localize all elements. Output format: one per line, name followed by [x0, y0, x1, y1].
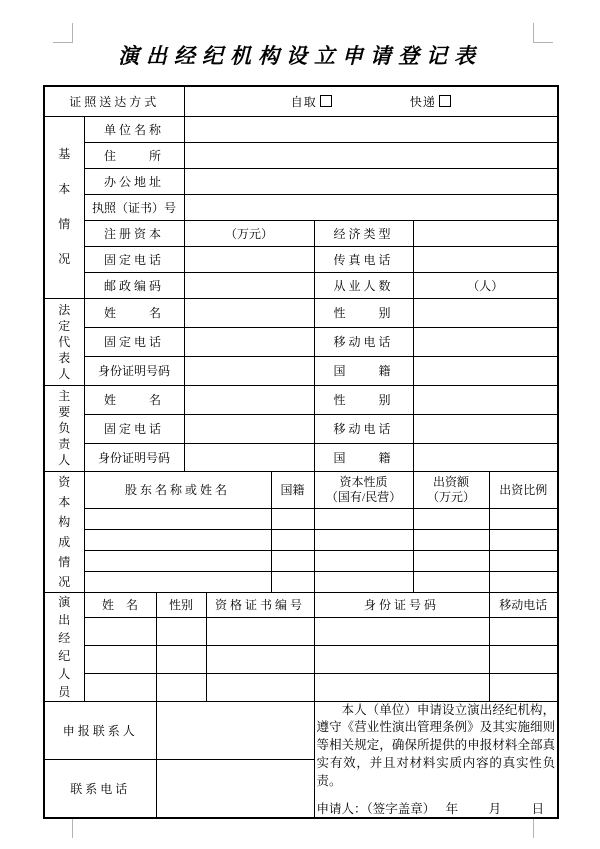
delivery-method-label: 证照送达方式 [44, 86, 184, 116]
principal-gender-label: 性 别 [314, 385, 413, 414]
declaration-text: 本人（单位）申请设立演出经纪机构，遵守《营业性演出管理条例》及其实施细则等相关规… [317, 702, 556, 791]
principal-landline-input-cell[interactable] [184, 414, 314, 443]
contact-phone-input-cell[interactable] [156, 760, 314, 819]
capital-nationality-input-cell[interactable] [271, 550, 314, 571]
applicant-signature-label: 申请人：（签字盖章） [317, 799, 436, 817]
capital-nature-header: 资本性质 （国有/民营） [314, 471, 413, 508]
form-page: 演出经纪机构设立申请登记表 证照送达方式 自取 快递 [0, 0, 600, 849]
license-no-label: 执照（证书）号 [84, 194, 184, 220]
contact-phone-label: 联系电话 [44, 760, 156, 819]
residence-input-cell[interactable] [184, 142, 558, 168]
agent-id-input-cell[interactable] [314, 618, 489, 646]
postal-code-input-cell[interactable] [184, 272, 314, 298]
legal-rep-nationality-input-cell[interactable] [413, 356, 558, 385]
employees-unit: （人） [467, 279, 503, 293]
office-address-input-cell[interactable] [184, 168, 558, 194]
capital-vertical-label: 资本构成情况 [57, 472, 71, 592]
contact-person-label: 申报联系人 [44, 701, 156, 760]
capital-ratio-header: 出资比例 [489, 471, 558, 508]
capital-nationality-input-cell[interactable] [271, 529, 314, 550]
self-pickup-option[interactable]: 自取 [291, 93, 332, 110]
landline-input-cell[interactable] [184, 246, 314, 272]
principal-mobile-label: 移动电话 [314, 414, 413, 443]
legal-rep-mobile-input-cell[interactable] [413, 327, 558, 356]
section-capital-structure: 资本构成情况 [44, 471, 84, 592]
agent-mobile-input-cell[interactable] [489, 645, 558, 673]
express-option[interactable]: 快递 [410, 93, 451, 110]
shareholder-input-cell[interactable] [84, 529, 271, 550]
agent-mobile-input-cell[interactable] [489, 618, 558, 646]
capital-ratio-input-cell[interactable] [489, 508, 558, 529]
landline-label: 固定电话 [84, 246, 184, 272]
unit-name-label: 单位名称 [84, 116, 184, 142]
shareholder-header: 股东名称或姓名 [84, 471, 271, 508]
capital-amount-input-cell[interactable] [413, 550, 489, 571]
capital-nature-input-cell[interactable] [314, 508, 413, 529]
principal-gender-input-cell[interactable] [413, 385, 558, 414]
declaration-cell: 本人（单位）申请设立演出经纪机构，遵守《营业性演出管理条例》及其实施细则等相关规… [314, 701, 558, 818]
express-label: 快递 [410, 93, 436, 110]
registration-form-table: 证照送达方式 自取 快递 基本情况 单位名称 [43, 85, 559, 819]
principal-nationality-label: 国 籍 [314, 443, 413, 471]
agent-gender-header: 性别 [156, 592, 206, 618]
principal-landline-label: 固定电话 [84, 414, 184, 443]
registered-capital-label: 注册资本 [84, 220, 184, 246]
legal-rep-landline-input-cell[interactable] [184, 327, 314, 356]
license-no-input-cell[interactable] [184, 194, 558, 220]
capital-nationality-input-cell[interactable] [271, 571, 314, 592]
capital-nature-input-cell[interactable] [314, 550, 413, 571]
agent-mobile-header: 移动电话 [489, 592, 558, 618]
capital-nationality-input-cell[interactable] [271, 508, 314, 529]
office-address-label: 办公地址 [84, 168, 184, 194]
agent-gender-input-cell[interactable] [156, 673, 206, 701]
agent-name-header: 姓 名 [84, 592, 156, 618]
agent-gender-input-cell[interactable] [156, 618, 206, 646]
agent-mobile-input-cell[interactable] [489, 673, 558, 701]
residence-label: 住 所 [84, 142, 184, 168]
section-legal-representative: 法定代表人 [44, 298, 84, 385]
crop-mark-bottom-right-icon [533, 818, 553, 838]
capital-nature-input-cell[interactable] [314, 571, 413, 592]
legal-rep-landline-label: 固定电话 [84, 327, 184, 356]
fax-label: 传真电话 [314, 246, 413, 272]
capital-amount-input-cell[interactable] [413, 529, 489, 550]
shareholder-input-cell[interactable] [84, 508, 271, 529]
capital-nature-input-cell[interactable] [314, 529, 413, 550]
page-title: 演出经纪机构设立申请登记表 [0, 40, 600, 70]
capital-ratio-input-cell[interactable] [489, 571, 558, 592]
agent-name-input-cell[interactable] [84, 618, 156, 646]
fax-input-cell[interactable] [413, 246, 558, 272]
legal-rep-id-label: 身份证明号码 [84, 356, 184, 385]
capital-nationality-header: 国籍 [271, 471, 314, 508]
registered-capital-input-cell[interactable]: （万元） [184, 220, 314, 246]
legal-rep-name-label: 姓 名 [84, 298, 184, 327]
legal-rep-mobile-label: 移动电话 [314, 327, 413, 356]
capital-ratio-input-cell[interactable] [489, 529, 558, 550]
shareholder-input-cell[interactable] [84, 571, 271, 592]
principal-nationality-input-cell[interactable] [413, 443, 558, 471]
legal-rep-nationality-label: 国 籍 [314, 356, 413, 385]
principal-id-input-cell[interactable] [184, 443, 314, 471]
agent-certificate-input-cell[interactable] [206, 645, 314, 673]
agent-certificate-header: 资格证书编号 [206, 592, 314, 618]
legal-rep-name-input-cell[interactable] [184, 298, 314, 327]
contact-person-input-cell[interactable] [156, 701, 314, 760]
agent-id-input-cell[interactable] [314, 673, 489, 701]
economic-type-input-cell[interactable] [413, 220, 558, 246]
principal-mobile-input-cell[interactable] [413, 414, 558, 443]
agent-name-input-cell[interactable] [84, 673, 156, 701]
principal-name-label: 姓 名 [84, 385, 184, 414]
agents-vertical-label: 演出经纪人员 [57, 593, 71, 701]
postal-code-label: 邮政编码 [84, 272, 184, 298]
self-pickup-checkbox-icon[interactable] [320, 95, 332, 107]
section-performance-agents: 演出经纪人员 [44, 592, 84, 701]
unit-name-input-cell[interactable] [184, 116, 558, 142]
principal-id-label: 身份证明号码 [84, 443, 184, 471]
shareholder-input-cell[interactable] [84, 550, 271, 571]
agent-gender-input-cell[interactable] [156, 645, 206, 673]
employees-input-cell[interactable]: （人） [413, 272, 558, 298]
agent-certificate-input-cell[interactable] [206, 673, 314, 701]
capital-amount-input-cell[interactable] [413, 571, 489, 592]
agent-id-header: 身份证号码 [314, 592, 489, 618]
date-label: 年 月 日 [446, 799, 554, 817]
crop-mark-bottom-left-icon [53, 818, 73, 838]
legal-rep-gender-input-cell[interactable] [413, 298, 558, 327]
capital-amount-input-cell[interactable] [413, 508, 489, 529]
section-principal: 主要负责人 [44, 385, 84, 471]
agent-certificate-input-cell[interactable] [206, 618, 314, 646]
section-basic-info: 基本情况 [44, 116, 84, 298]
principal-vertical-label: 主要负责人 [57, 388, 71, 468]
delivery-method-options: 自取 快递 [184, 86, 558, 116]
agent-id-input-cell[interactable] [314, 645, 489, 673]
economic-type-label: 经济类型 [314, 220, 413, 246]
capital-amount-header: 出资额 （万元） [413, 471, 489, 508]
legal-rep-gender-label: 性 别 [314, 298, 413, 327]
agent-name-input-cell[interactable] [84, 645, 156, 673]
legal-rep-id-input-cell[interactable] [184, 356, 314, 385]
basic-info-vertical-label: 基本情况 [57, 137, 71, 277]
registered-capital-unit: （万元） [225, 227, 273, 241]
self-pickup-label: 自取 [291, 93, 317, 110]
principal-name-input-cell[interactable] [184, 385, 314, 414]
capital-ratio-input-cell[interactable] [489, 550, 558, 571]
legal-rep-vertical-label: 法定代表人 [57, 302, 71, 382]
employees-label: 从业人数 [314, 272, 413, 298]
express-checkbox-icon[interactable] [439, 95, 451, 107]
